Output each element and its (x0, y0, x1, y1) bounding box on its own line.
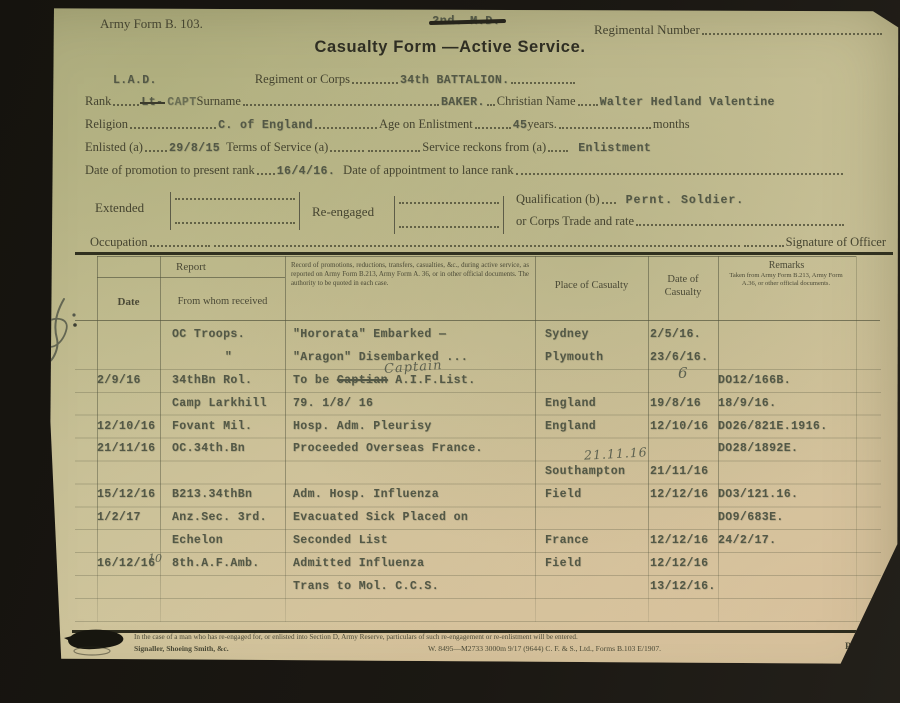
remarks-column-header: Remarks (718, 260, 855, 271)
reckons-value: Enlistment (578, 142, 651, 155)
footer-note: In the case of a man who has re-engaged … (134, 633, 782, 641)
years-label: years. (527, 117, 557, 132)
handwritten-ten-annotation: 10 (148, 552, 162, 565)
dotted-leader (744, 244, 784, 247)
cell-c-remarks: 24/2/17. (718, 534, 855, 547)
reengaged-label: Re-engaged (312, 204, 374, 220)
terms-label: Terms of Service (a) (226, 140, 328, 155)
promotion-value: 16/4/16. (277, 165, 335, 178)
cell-c-dcas: 2/5/16. (648, 328, 718, 341)
cell-c-remarks: DO3/121.16. (718, 488, 855, 501)
table-row: Southampton21/11/16 (97, 465, 856, 488)
age-value: 45 (513, 119, 528, 132)
dotted-leader (702, 32, 882, 35)
cell-c-dcas: 19/8/16 (648, 397, 718, 410)
dotted-leader (636, 223, 844, 226)
record-column-header: Record of promotions, reductions, transf… (291, 262, 529, 289)
occupation-label: Occupation (90, 235, 148, 250)
dotted-leader (548, 149, 568, 152)
cell-c-from: 34thBn Rol. (160, 374, 285, 387)
table-row: Camp Larkhill79. 1/8/ 16England19/8/1618… (97, 397, 856, 420)
cell-c-date: 1/2/17 (97, 511, 160, 524)
cell-c-remarks: DO9/683E. (718, 511, 855, 524)
enlisted-value: 29/8/15 (169, 142, 220, 155)
ink-blot (62, 626, 138, 656)
handwritten-six-annotation: 6 (678, 364, 688, 382)
surname-label: Surname (197, 94, 241, 109)
table-row: 12/10/16Fovant Mil.Hosp. Adm. PleurisyEn… (97, 420, 856, 443)
table-row: 16/12/168th.A.F.Amb.Admitted InfluenzaFi… (97, 557, 856, 580)
table-row: OC Troops."Hororata" Embarked —Sydney2/5… (97, 328, 856, 351)
dotted-leader (330, 149, 364, 152)
printer-imprint: W. 8495—M2733 3000m 9/17 (9644) C. F. & … (428, 644, 661, 653)
cell-c-place: Field (535, 488, 648, 501)
table-row: 1/2/17Anz.Sec. 3rd.Evacuated Sick Placed… (97, 511, 856, 534)
form-number: Army Form B. 103. (100, 16, 203, 32)
cell-c-remarks: 18/9/16. (718, 397, 855, 410)
months-label: months (653, 117, 690, 132)
christian-name-value: Walter Hedland Valentine (600, 96, 775, 109)
dotted-leader (145, 149, 167, 152)
cell-c-place: England (535, 420, 648, 433)
christian-name-label: Christian Name (497, 94, 576, 109)
cell-c-dcas: 23/6/16. (648, 351, 718, 364)
religion-label: Religion (85, 117, 128, 132)
dotted-leader (130, 126, 216, 129)
qualification-value: Pernt. Soldier. (626, 194, 745, 207)
table-row: 2/9/1634thBn Rol.To be Captian A.I.F.Lis… (97, 374, 856, 397)
date-of-casualty-column-header: Date of Casualty (648, 274, 718, 299)
cell-c-from: B213.34thBn (160, 488, 285, 501)
qualification-label: Qualification (b) (516, 192, 600, 207)
dotted-leader (315, 126, 377, 129)
margin-pencil-scribble (30, 293, 90, 388)
cell-c-record: Adm. Hosp. Influenza (285, 488, 535, 501)
dotted-leader (352, 81, 398, 84)
dotted-leader (257, 172, 275, 175)
date-column-header: Date (97, 296, 160, 308)
cell-c-date: 12/10/16 (97, 420, 160, 433)
cell-c-date: 15/12/16 (97, 488, 160, 501)
rank-struck-value: Lt- (141, 96, 163, 109)
cell-c-record: Evacuated Sick Placed on (285, 511, 535, 524)
table-row: ""Aragon" Disembarked ...Plymouth23/6/16… (97, 351, 856, 374)
reengaged-entry-box (394, 196, 504, 234)
cell-c-record: Hosp. Adm. Pleurisy (285, 420, 535, 433)
remarks-column-subheader: Taken from Army Form B.213, Army Form A.… (726, 272, 846, 289)
corps-trade-label: or Corps Trade and rate (516, 214, 634, 229)
cell-c-date: 21/11/16 (97, 442, 160, 455)
dotted-leader (150, 244, 210, 247)
cell-c-from: 8th.A.F.Amb. (160, 557, 285, 570)
reckons-label: Service reckons from (a) (422, 140, 546, 155)
cell-c-record: Seconded List (285, 534, 535, 547)
pto-label: P.T.O. (845, 642, 873, 652)
from-whom-column-header: From whom received (160, 296, 285, 307)
extended-label: Extended (95, 200, 144, 216)
cell-c-from: Camp Larkhill (160, 397, 285, 410)
cell-c-dcas: 21/11/16 (648, 465, 718, 478)
struck-district-text: 2nd. M.D. (432, 14, 500, 28)
promotion-label: Date of promotion to present rank (85, 163, 255, 178)
surname-value: BAKER. (441, 96, 485, 109)
section-divider-rule (75, 252, 893, 255)
cell-c-from: OC Troops. (160, 328, 285, 341)
report-divider-rule (97, 277, 285, 278)
signature-label: Signature of Officer (786, 235, 886, 250)
cell-c-place: Southampton (535, 465, 648, 478)
unit-value: L.A.D. (113, 74, 157, 87)
rank-label: Rank (85, 94, 111, 109)
cell-c-record: Trans to Mol. C.C.S. (285, 580, 535, 593)
dotted-leader (487, 103, 495, 106)
cell-c-from: " (160, 351, 285, 364)
dotted-leader (214, 244, 740, 247)
footer-note-trades: Signaller, Shoeing Smith, &c. (134, 644, 229, 653)
table-row: EchelonSeconded ListFrance12/12/1624/2/1… (97, 534, 856, 557)
cell-c-record: "Hororata" Embarked — (285, 328, 535, 341)
cell-c-place: England (535, 397, 648, 410)
cell-c-dcas: 12/12/16 (648, 534, 718, 547)
cell-c-from: Fovant Mil. (160, 420, 285, 433)
dotted-leader (475, 126, 511, 129)
cell-c-record: Admitted Influenza (285, 557, 535, 570)
age-label: Age on Enlistment (379, 117, 473, 132)
regiment-label: Regiment or Corps (255, 72, 350, 87)
cell-c-place: Field (535, 557, 648, 570)
dotted-leader (368, 149, 420, 152)
cell-c-remarks: DO26/821E.1916. (718, 420, 855, 433)
page-title: Casualty Form —Active Service. (314, 38, 585, 56)
dotted-leader (516, 172, 843, 175)
table-row: 21/11/16OC.34th.BnProceeded Overseas Fra… (97, 442, 856, 465)
dotted-leader (559, 126, 651, 129)
religion-value: C. of England (218, 119, 313, 132)
lance-rank-label: Date of appointment to lance rank (343, 163, 513, 178)
cell-c-remarks: DO28/1892E. (718, 442, 855, 455)
cell-c-place: Plymouth (535, 351, 648, 364)
cell-c-record: 79. 1/8/ 16 (285, 397, 535, 410)
extended-entry-box (170, 192, 300, 230)
table-top-rule (97, 256, 856, 257)
dotted-leader (243, 103, 439, 106)
casualty-table-body: OC Troops."Hororata" Embarked —Sydney2/5… (97, 328, 856, 603)
dotted-leader (113, 103, 139, 106)
report-column-group-header: Report (97, 261, 285, 273)
table-header-bottom-rule (75, 320, 880, 321)
cell-c-from: OC.34th.Bn (160, 442, 285, 455)
place-column-header: Place of Casualty (535, 280, 648, 291)
cell-c-record: To be Captian A.I.F.List. (285, 374, 535, 387)
cell-c-from: Echelon (160, 534, 285, 547)
cell-c-dcas: 12/12/16 (648, 488, 718, 501)
cell-c-dcas: 12/10/16 (648, 420, 718, 433)
cell-c-dcas: 12/12/16 (648, 557, 718, 570)
cell-c-date: 2/9/16 (97, 374, 160, 387)
cell-c-dcas: 13/12/16. (648, 580, 718, 593)
table-row: 15/12/16B213.34thBnAdm. Hosp. InfluenzaF… (97, 488, 856, 511)
cell-c-from: Anz.Sec. 3rd. (160, 511, 285, 524)
regimental-number-label: Regimental Number (594, 22, 700, 38)
enlisted-label: Enlisted (a) (85, 140, 143, 155)
table-row: Trans to Mol. C.C.S.13/12/16. (97, 580, 856, 603)
cell-c-record: Proceeded Overseas France. (285, 442, 535, 455)
regiment-value: 34th BATTALION. (400, 74, 510, 87)
rank-value: CAPT (167, 96, 196, 109)
cell-c-place: France (535, 534, 648, 547)
dotted-leader (511, 81, 575, 84)
dotted-leader (578, 103, 598, 106)
cell-c-place: Sydney (535, 328, 648, 341)
dotted-leader (602, 201, 616, 204)
cell-c-remarks: DO12/166B. (718, 374, 855, 387)
scanned-form-paper: Army Form B. 103. 2nd. M.D. Regimental N… (0, 0, 900, 703)
